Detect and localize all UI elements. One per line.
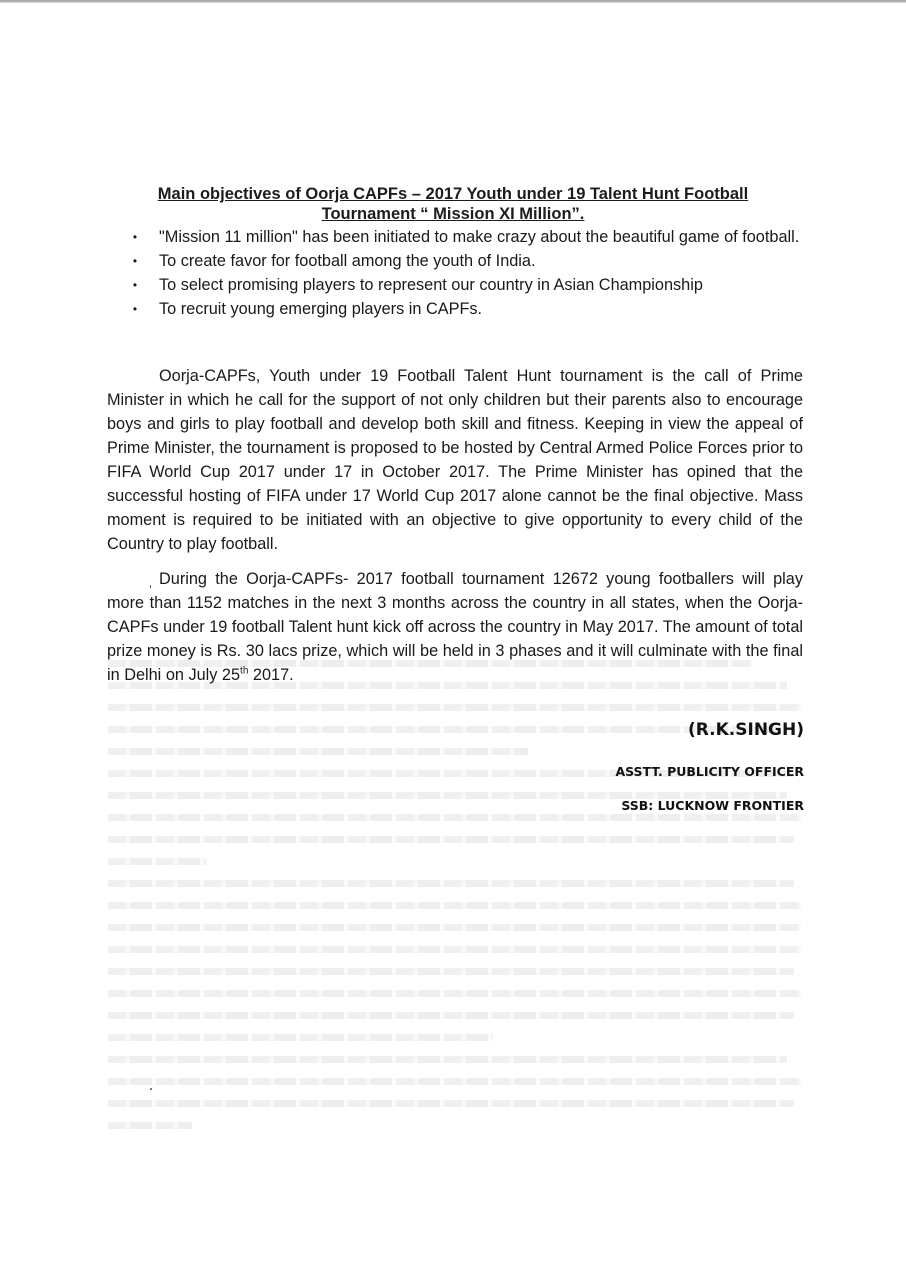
objective-item: •To select promising players to represen…: [130, 273, 800, 297]
bullet-icon: •: [130, 297, 140, 321]
signatory-designation: ASSTT. PUBLICITY OFFICER: [615, 764, 804, 779]
scan-edge: [0, 0, 906, 3]
bullet-icon: •: [130, 249, 140, 273]
document-title: Main objectives of Oorja CAPFs – 2017 Yo…: [120, 184, 786, 224]
signatory-name: (R.K.SINGH): [688, 720, 804, 740]
paragraph-tournament-details: During the Oorja-CAPFs- 2017 football to…: [107, 567, 803, 687]
scan-speck: [150, 1088, 152, 1090]
objective-item: •To create favor for football among the …: [130, 249, 800, 273]
bullet-icon: •: [130, 273, 140, 297]
signatory-unit: SSB: LUCKNOW FRONTIER: [621, 798, 804, 813]
objectives-list: •"Mission 11 million" has been initiated…: [130, 225, 800, 321]
bullet-icon: •: [130, 225, 140, 249]
paragraph-tournament-purpose: Oorja-CAPFs, Youth under 19 Football Tal…: [107, 364, 803, 556]
objective-item: •"Mission 11 million" has been initiated…: [130, 225, 800, 249]
scan-speck: [150, 585, 151, 588]
objective-item: •To recruit young emerging players in CA…: [130, 297, 800, 321]
